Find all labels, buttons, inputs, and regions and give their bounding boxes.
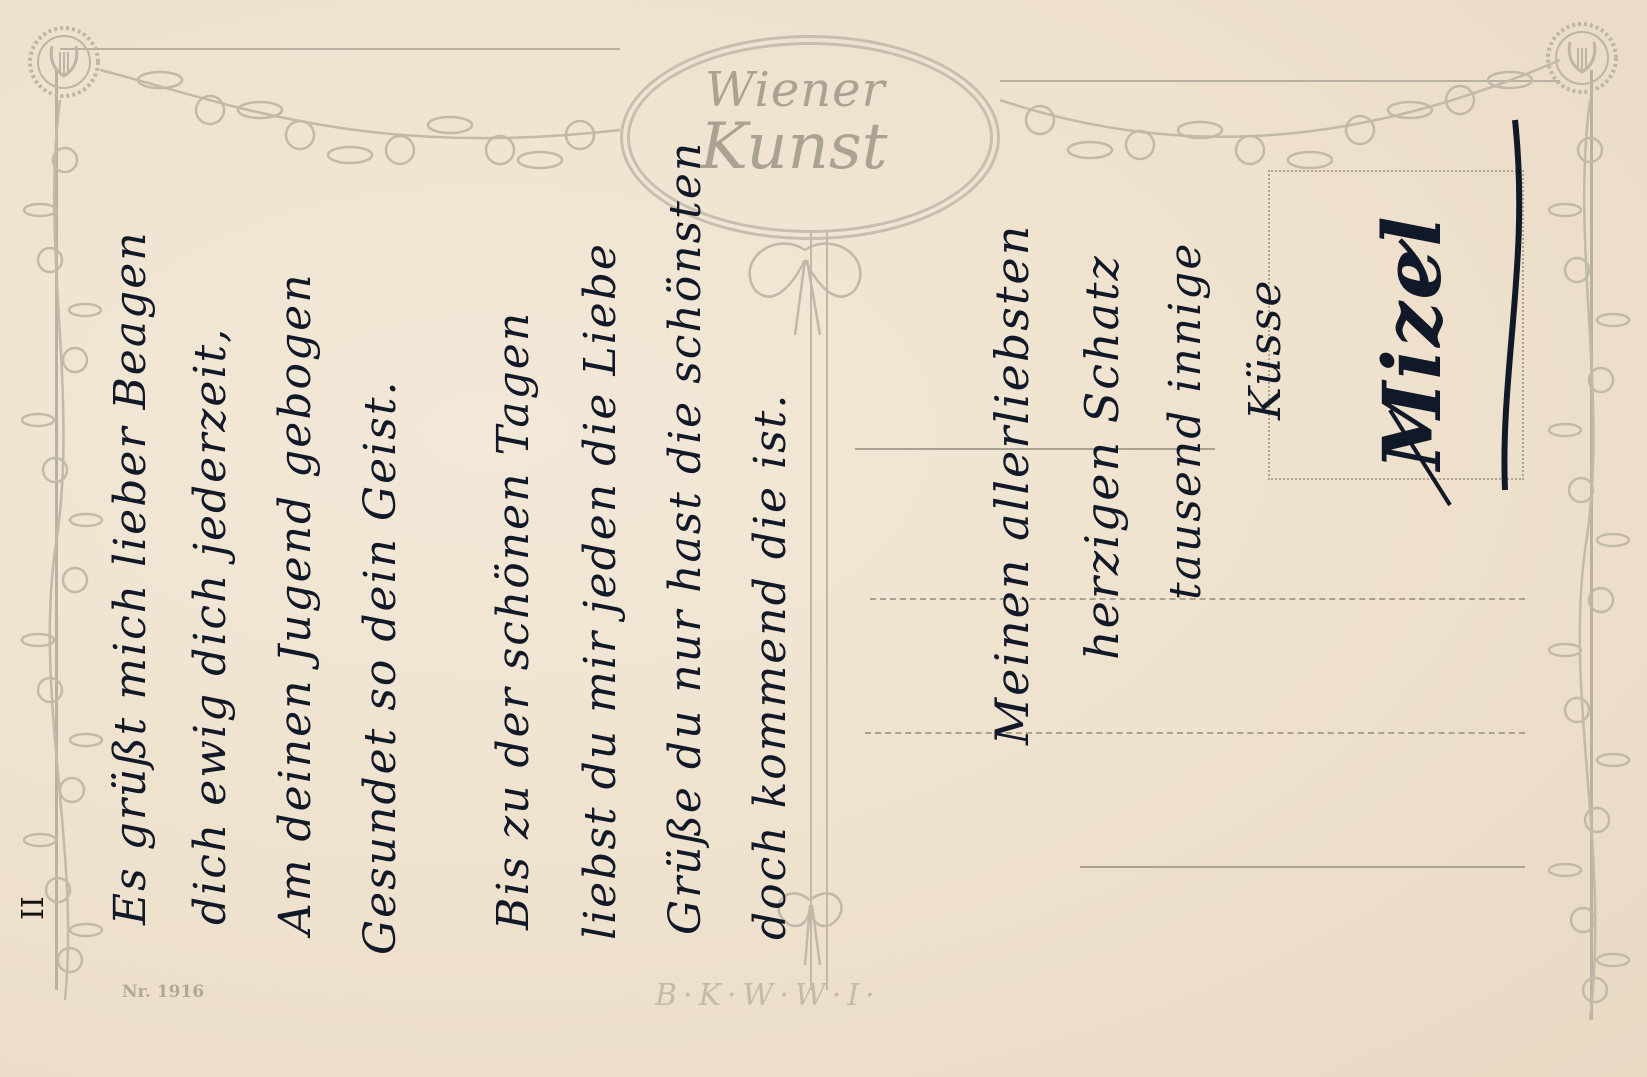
message-line-4: Gesundet so dein Geist. — [355, 380, 406, 955]
message-line-3: Am deinen Jugend gebogen — [270, 272, 321, 935]
logo-text-kunst: Kunst — [700, 110, 887, 184]
message-line-1: Es grüßt mich lieber Beagen — [105, 230, 156, 925]
ribbon-bow-icon — [735, 230, 875, 340]
series-number: Nr. 1916 — [122, 982, 204, 1002]
publisher-mark: B·K·W·W·I· — [655, 978, 881, 1013]
signature-flourish-icon — [1380, 110, 1540, 510]
margin-mark: II — [16, 896, 51, 920]
message-line-5: Bis zu der schönen Tagen — [488, 311, 539, 930]
address-line-3 — [865, 732, 1525, 734]
message-line-6: liebst du mir jeden die Liebe — [575, 242, 626, 940]
address-line-text-2: herzigen Schatz — [1075, 254, 1129, 660]
address-line-text-3: tausend innige — [1160, 242, 1211, 600]
address-line-4 — [1080, 866, 1525, 868]
message-line-2: dich ewig dich jederzeit, — [185, 327, 236, 925]
floral-garland-left-icon — [20, 100, 110, 1000]
address-line-text-4: Küsse — [1240, 279, 1291, 420]
lyre-medallion-icon — [22, 22, 112, 112]
message-line-7: Grüße du nur hast die schönsten — [660, 141, 711, 935]
message-line-8: doch kommend die ist. — [745, 393, 796, 940]
floral-garland-top-left-icon — [100, 40, 620, 170]
postcard: Wiener Kunst Nr. 1916 B·K·W·W·I· II Es g… — [0, 0, 1647, 1077]
address-line-text-1: Meinen allerliebsten — [985, 224, 1039, 745]
floral-garland-right-icon — [1545, 100, 1635, 1020]
